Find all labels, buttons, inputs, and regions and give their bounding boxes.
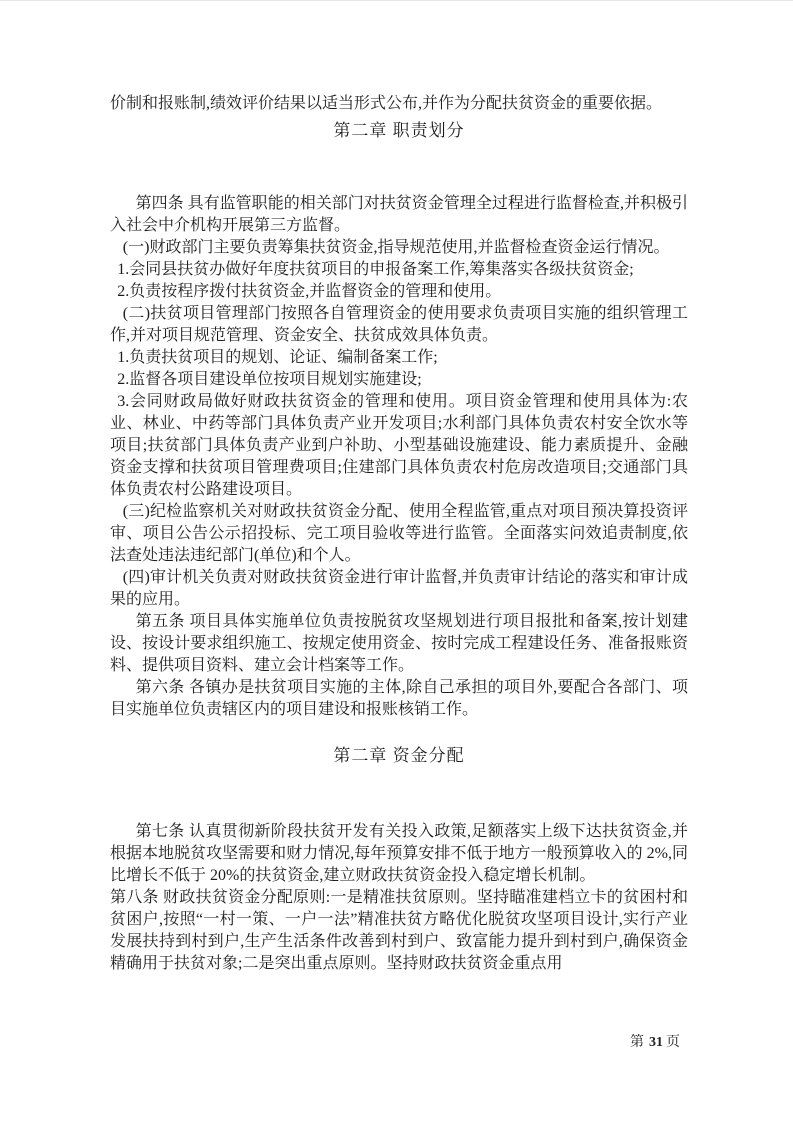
article-5: 第五条 项目具体实施单位负责按脱贫攻坚规划进行项目报批和备案,按计划建设、按设计… <box>110 611 688 677</box>
article-7: 第七条 认真贯彻新阶段扶贫开发有关投入政策,足额落实上级下达扶贫资金,并根据本地… <box>110 821 688 887</box>
article-4-item-4: (四)审计机关负责对财政扶贫资金进行审计监督,并负责审计结论的落实和审计成果的应… <box>110 567 688 611</box>
article-4-item-2-sub-3: 3.会同财政局做好财政扶贫资金的管理和使用。项目资金管理和使用具体为:农业、林业… <box>110 391 688 501</box>
article-4-item-1: (一)财政部门主要负责筹集扶贫资金,指导规范使用,并监督检查资金运行情况。 <box>110 237 688 259</box>
article-4: 第四条 具有监管职能的相关部门对扶贫资金管理全过程进行监督检查,并积极引入社会中… <box>110 193 688 237</box>
article-4-item-3: (三)纪检监察机关对财政扶贫资金分配、使用全程监管,重点对项目预决算投资评审、项… <box>110 501 688 567</box>
article-4-item-2-sub-2: 2.监督各项目建设单位按项目规划实施建设; <box>110 369 688 391</box>
chapter-heading-fund-allocation: 第二章 资金分配 <box>110 743 688 769</box>
chapter-heading-duties: 第二章 职责划分 <box>110 118 688 144</box>
page-number: 第31页 <box>630 1032 682 1054</box>
article-4-item-1-sub-1: 1.会同县扶贫办做好年度扶贫项目的申报备案工作,筹集落实各级扶贫资金; <box>110 259 688 281</box>
page-number-value: 31 <box>646 1035 666 1050</box>
document-body: 价制和报账制,绩效评价结果以适当形式公布,并作为分配扶贫资金的重要依据。 第二章… <box>110 93 688 975</box>
page-number-suffix: 页 <box>666 1035 682 1050</box>
page-number-prefix: 第 <box>630 1035 646 1050</box>
article-4-item-1-sub-2: 2.负责按程序拨付扶贫资金,并监督资金的管理和使用。 <box>110 281 688 303</box>
document-page: 价制和报账制,绩效评价结果以适当形式公布,并作为分配扶贫资金的重要依据。 第二章… <box>0 0 793 1122</box>
article-4-item-2-sub-1: 1.负责扶贫项目的规划、论证、编制备案工作; <box>110 347 688 369</box>
article-6: 第六条 各镇办是扶贫项目实施的主体,除自己承担的项目外,要配合各部门、项目实施单… <box>110 677 688 721</box>
paragraph-continuation: 价制和报账制,绩效评价结果以适当形式公布,并作为分配扶贫资金的重要依据。 <box>110 93 688 115</box>
article-8: 第八条 财政扶贫资金分配原则:一是精准扶贫原则。坚持瞄准建档立卡的贫困村和贫困户… <box>110 887 688 975</box>
article-4-item-2: (二)扶贫项目管理部门按照各自管理资金的使用要求负责项目实施的组织管理工作,并对… <box>110 303 688 347</box>
